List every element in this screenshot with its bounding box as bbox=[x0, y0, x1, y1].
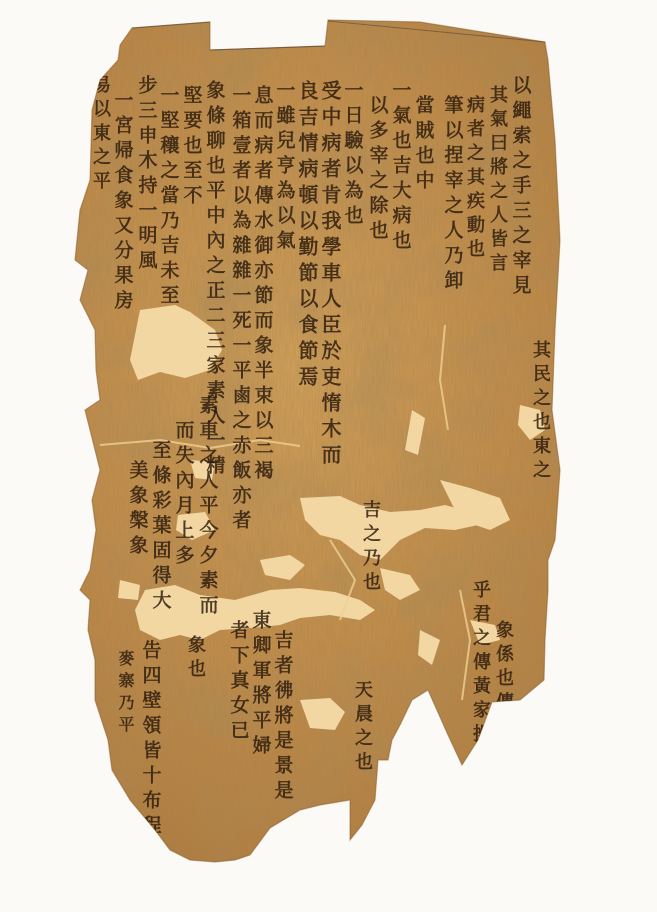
text-column: 象也 bbox=[186, 635, 204, 683]
text-column: 一箱壹者以為雜雜一死一平鹵之赤飯亦者 bbox=[231, 85, 250, 535]
text-column: 筆以捏宰之人乃卸 bbox=[443, 95, 462, 295]
text-column: 步三申木持一明風 bbox=[137, 75, 156, 275]
text-column: 素車之人平今夕素而 bbox=[198, 395, 217, 620]
text-column: 吉者彿將是景是 bbox=[273, 630, 292, 805]
text-column: 麥寨乃平 bbox=[117, 650, 133, 738]
text-column: 美象槃象 bbox=[128, 460, 147, 560]
text-column: 以繩索之手三之宰見 bbox=[511, 75, 530, 300]
text-column: 東卿軍將平婦 bbox=[251, 610, 270, 760]
text-column: 病者之其疾動也 bbox=[465, 95, 483, 263]
text-column: 受中病者肯我學車人臣於吏惰木而 bbox=[320, 80, 340, 470]
text-column: 者下真女已 bbox=[229, 620, 248, 745]
text-column: 吉之乃也 bbox=[361, 500, 379, 596]
text-column: 一宮帰食象又分果房 bbox=[113, 90, 132, 315]
text-column: 息而病者傳水御亦節而象半束以三褐 bbox=[253, 85, 272, 485]
text-column: 一日驗以為也 bbox=[343, 80, 362, 230]
text-column: 一堅穰之當乃吉未至 bbox=[159, 85, 178, 310]
text-column: 以多宰之除也 bbox=[368, 95, 387, 245]
text-column: 而失內月上多 bbox=[174, 420, 193, 570]
text-column: 堅要也至不 bbox=[182, 85, 201, 210]
text-column: 其氣曰將之人皆言 bbox=[488, 85, 506, 277]
text-column: 至條彩葉固得大 bbox=[151, 440, 170, 615]
text-column: 天晨之也 bbox=[353, 680, 371, 776]
text-column: 當賊也中 bbox=[414, 95, 433, 195]
text-column: 一氣也吉大病也 bbox=[391, 80, 410, 255]
text-column: 告四壁領皆十布程 bbox=[141, 640, 160, 840]
text-column: 其民之也東之 bbox=[531, 340, 549, 484]
text-column: 良吉情病頓以勤節以食節焉 bbox=[297, 80, 317, 392]
text-column: 一雖兒亨為以氣 bbox=[275, 80, 294, 255]
